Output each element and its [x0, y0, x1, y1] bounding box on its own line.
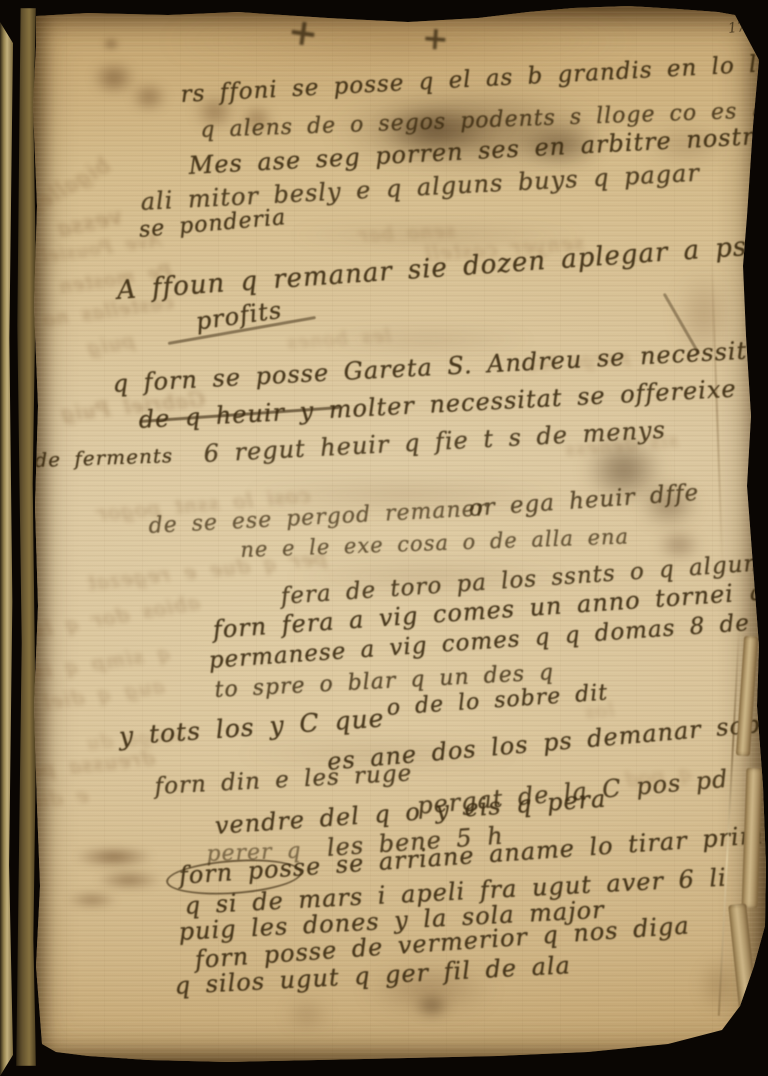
manuscript-page: bigallesvessaAve PousielPe mostencastell…	[28, 6, 768, 1068]
page-edge-flap	[728, 903, 758, 1016]
facing-page-edge	[0, 22, 13, 1076]
manuscript-photo: bigallesvessaAve PousielPe mostencastell…	[0, 0, 768, 1076]
book-spine-gutter	[14, 8, 36, 1066]
flap-layer	[28, 6, 768, 1068]
page-edge-flap	[736, 636, 758, 757]
folio-number: 17	[727, 19, 746, 37]
page-edge-flap	[742, 768, 763, 908]
